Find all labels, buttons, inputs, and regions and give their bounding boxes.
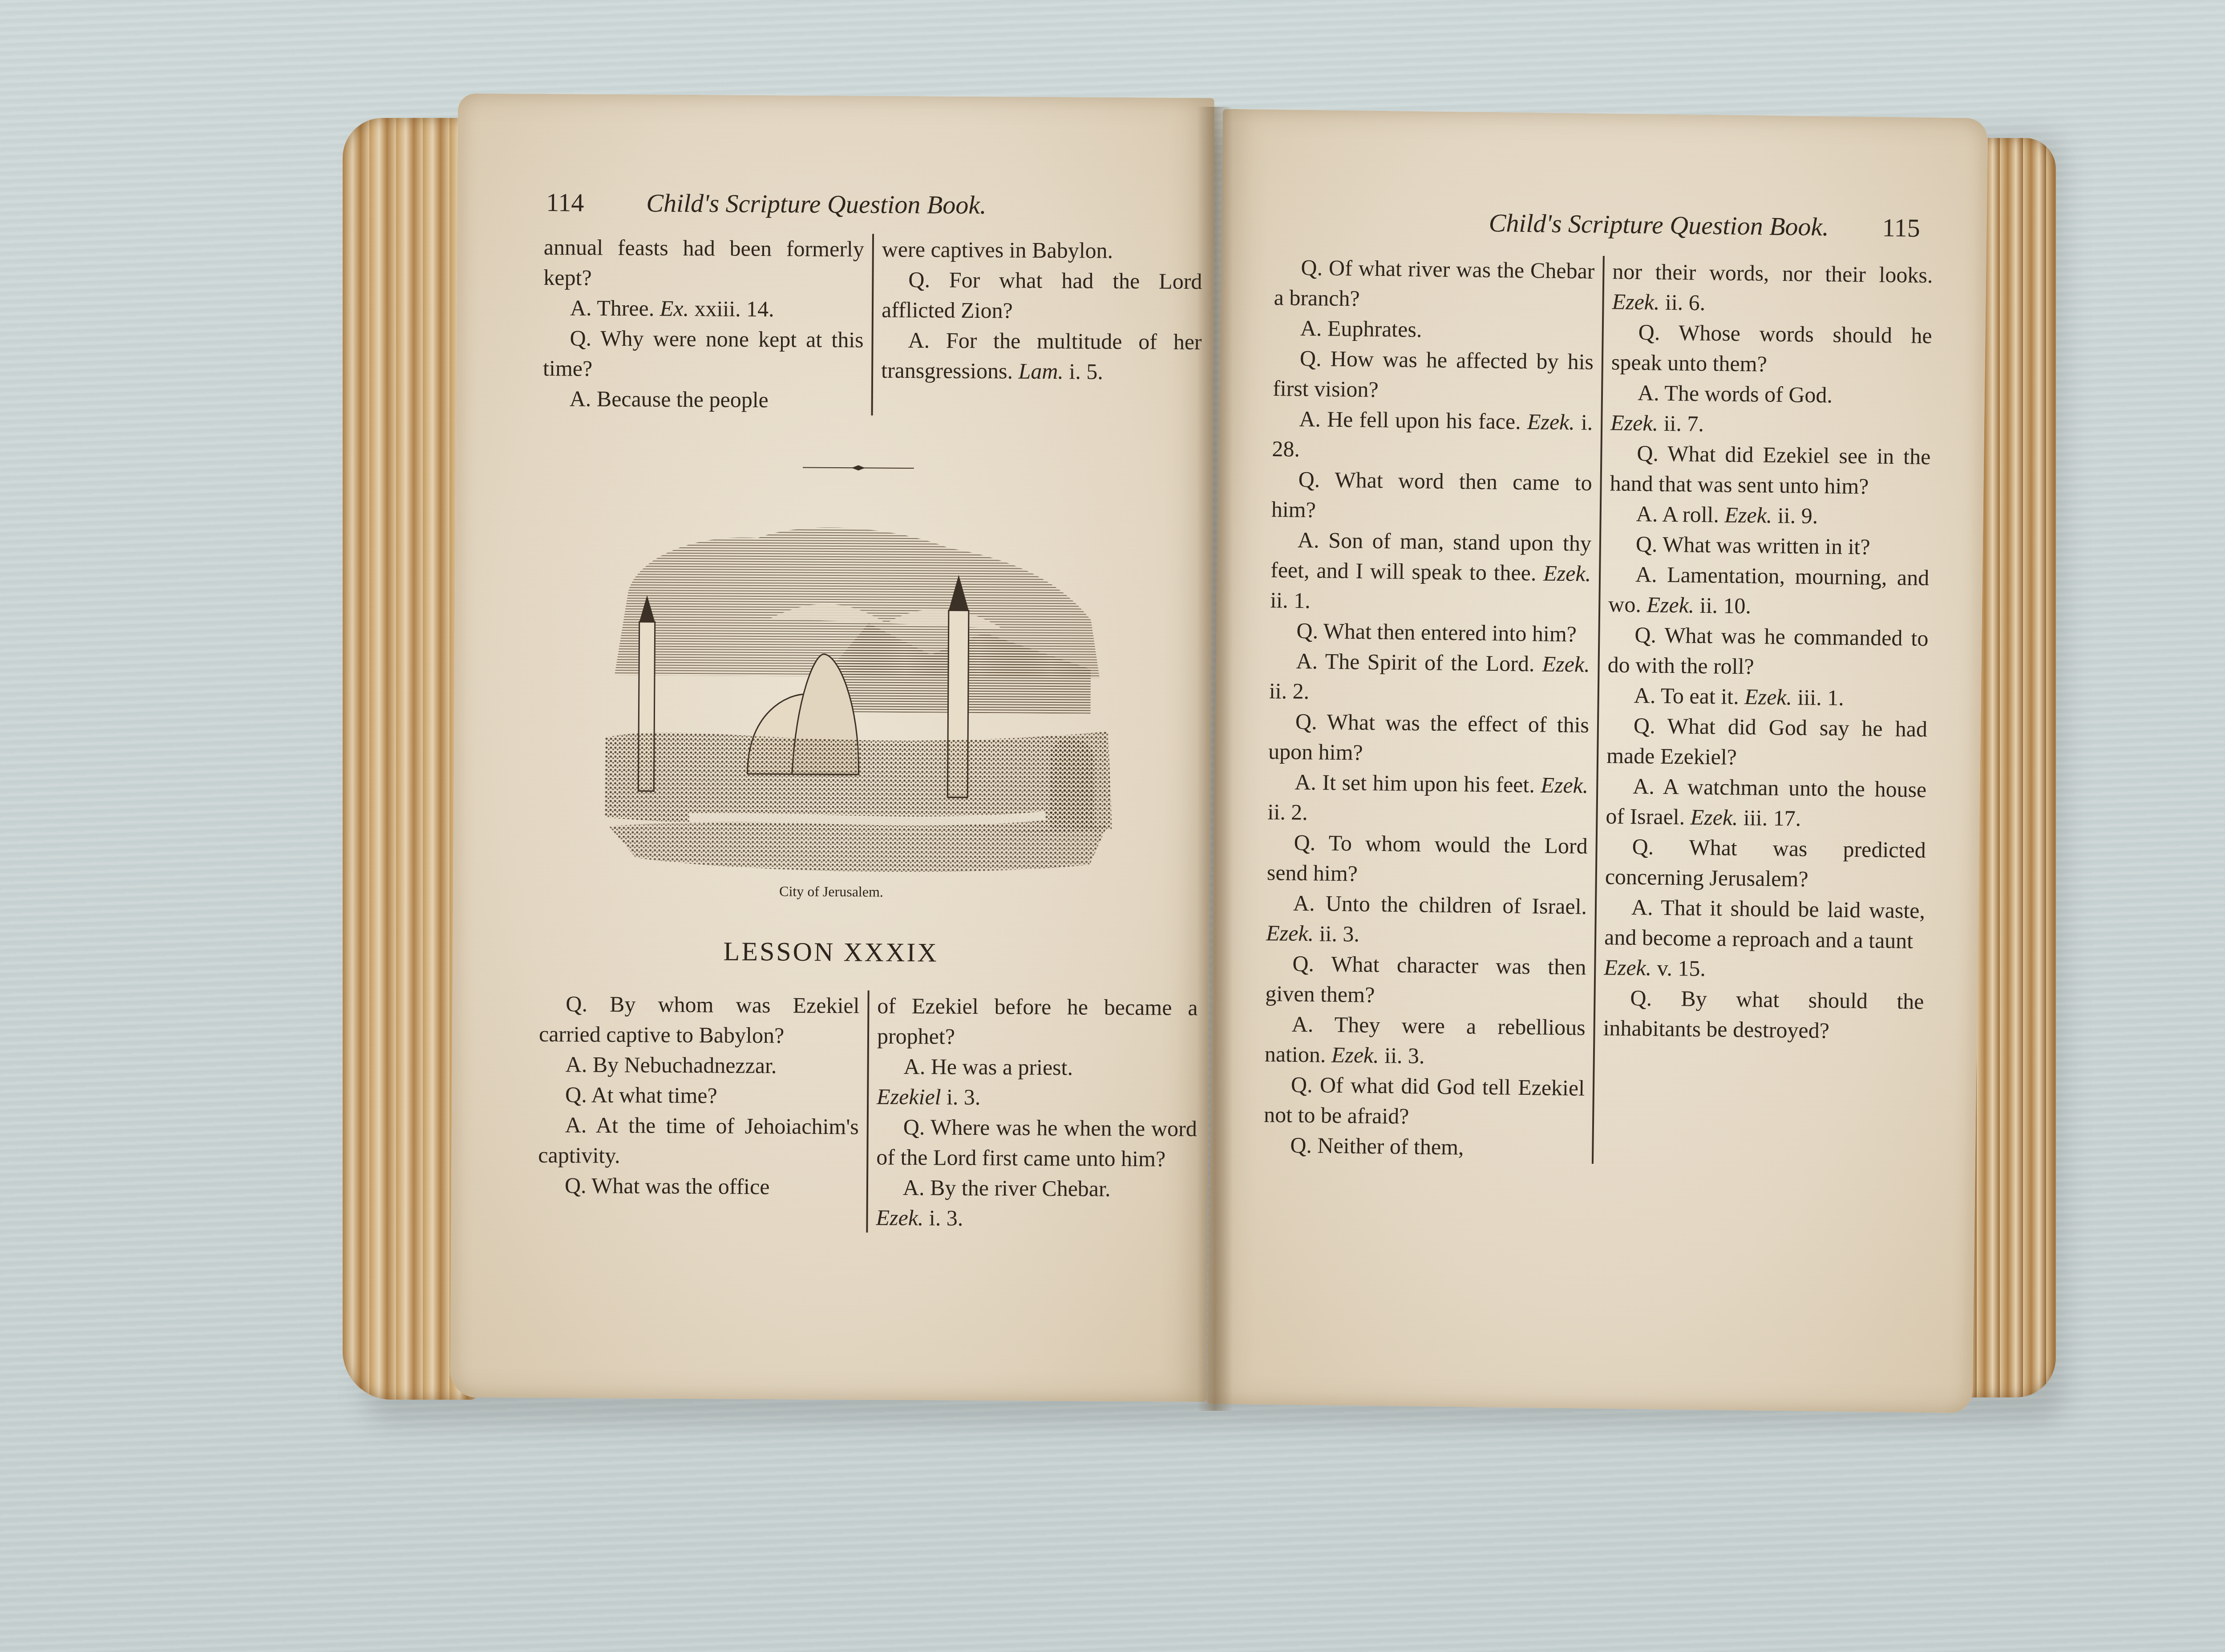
answer: A. To eat it. Ezek. iii. 1. <box>1607 680 1928 714</box>
question: Q. By whom was Ezekiel carried captive t… <box>539 988 860 1051</box>
answer: A. The words of God.Ezek. ii. 7. <box>1610 377 1932 441</box>
question: Q. What word then came to him? <box>1271 464 1592 528</box>
scripture-reference: Ezek. <box>1331 1042 1379 1068</box>
column: nor their words, nor their looks. Ezek. … <box>1594 256 1933 1168</box>
question: Q. For what had the Lord afflicted Zion? <box>882 264 1202 327</box>
answer: A. Three. Ex. xxiii. 14. <box>543 292 864 324</box>
question: Q. What then entered into him? <box>1270 615 1590 649</box>
answer: A. A roll. Ezek. ii. 9. <box>1609 498 1930 532</box>
answer: A. At the time of Jehoiachim's captivity… <box>538 1109 859 1172</box>
scripture-reference: Ezek. <box>1604 955 1652 980</box>
scripture-reference: Lam. <box>1018 359 1064 384</box>
answer: A. A watchman unto the house of Israel. … <box>1606 770 1927 835</box>
answer: A. That it should be laid waste, and bec… <box>1604 891 1925 986</box>
illustration-caption: City of Jerusalem. <box>453 881 1210 902</box>
scripture-reference: Ezek. <box>1527 409 1575 434</box>
answer: A. Because the people <box>543 383 863 415</box>
continued-text: were captives in Babylon. <box>882 234 1202 266</box>
lesson-title: LESSON XXXIX <box>453 935 1209 970</box>
scripture-reference: Ex. <box>660 296 689 321</box>
scripture-reference: Ezek. <box>1610 410 1659 435</box>
question: Q. By what should the inhabitants be des… <box>1603 982 1924 1047</box>
question: Q. What was the office <box>538 1170 858 1202</box>
continued-text: of Ezekiel before he became a prophet? <box>877 991 1198 1053</box>
left-page: 114 Child's Scripture Question Book. ann… <box>450 93 1214 1402</box>
answer: A. He fell upon his face. Ezek. i. 28. <box>1272 403 1593 468</box>
scripture-reference: Ezek. <box>1266 920 1314 946</box>
answer: A. The Spirit of the Lord. Ezek. ii. 2. <box>1269 645 1590 710</box>
answer: A. Euphrates. <box>1273 312 1594 347</box>
scripture-reference: Ezek. <box>1724 502 1772 527</box>
scripture-reference: Ezek. <box>1543 560 1591 586</box>
scripture-reference: Ezek. <box>1744 684 1792 709</box>
left-bottom-columns: Q. By whom was Ezekiel carried captive t… <box>538 988 1197 1235</box>
answer: A. They were a rebellious nation. Ezek. … <box>1264 1008 1586 1073</box>
answer: Q. Neither of them, <box>1263 1130 1584 1164</box>
column: Q. Of what river was the Chebar a branch… <box>1263 252 1605 1164</box>
right-columns: Q. Of what river was the Chebar a branch… <box>1263 252 1933 1168</box>
continued-text: annual feasts had been formerly kept? <box>543 232 864 294</box>
question: Q. How was he affected by his first visi… <box>1273 343 1594 407</box>
answer: A. He was a priest.Ezekiel i. 3. <box>877 1051 1197 1113</box>
question: Q. Of what did God tell Ezekiel not to b… <box>1264 1069 1585 1134</box>
scripture-reference: Ezekiel <box>877 1084 941 1109</box>
right-running-head: Child's Scripture Question Book. 115 <box>1489 208 1920 243</box>
question: Q. What was written in it? <box>1609 528 1930 563</box>
running-head-title: Child's Scripture Question Book. <box>1489 208 1829 242</box>
left-top-columns: annual feasts had been formerly kept?A. … <box>543 232 1202 417</box>
left-running-head: 114 Child's Scripture Question Book. <box>546 187 1004 220</box>
scripture-reference: Ezek. <box>1646 592 1695 617</box>
question: Q. At what time? <box>538 1079 859 1111</box>
question: Q. Whose words should he speak unto them… <box>1611 316 1933 381</box>
question: Q. Of what river was the Chebar a branch… <box>1274 252 1595 316</box>
city-engraving-illustration <box>600 506 1114 874</box>
answer: A. Lamentation, mourning, and wo. Ezek. … <box>1608 559 1930 623</box>
column: of Ezekiel before he became a prophet?A.… <box>868 991 1197 1235</box>
question: Q. To whom would the Lord send him? <box>1266 827 1588 891</box>
answer: A. By Nebuchadnezzar. <box>538 1049 859 1081</box>
question: Q. What was he commanded to do with the … <box>1607 619 1929 684</box>
answer: A. By the river Chebar.Ezek. i. 3. <box>876 1172 1197 1235</box>
continued-text: nor their words, nor their looks. Ezek. … <box>1612 256 1933 320</box>
answer: A. Son of man, stand upon thy feet, and … <box>1270 524 1591 619</box>
question: Q. Where was he when the word of the Lor… <box>876 1112 1197 1174</box>
answer: A. It set him upon his feet. Ezek. ii. 2… <box>1267 766 1589 831</box>
column: Q. By whom was Ezekiel carried captive t… <box>538 988 869 1233</box>
question: Q. What was predicted concerning Jerusal… <box>1605 831 1926 895</box>
question: Q. What did Ezekiel see in the hand that… <box>1610 437 1931 502</box>
column: were captives in Babylon.Q. For what had… <box>873 234 1202 418</box>
answer: A. For the multitude of her transgressio… <box>881 325 1202 387</box>
book-gutter <box>1197 107 1233 1411</box>
right-page: Child's Scripture Question Book. 115 Q. … <box>1207 109 1988 1413</box>
scripture-reference: Ezek. <box>1690 805 1738 830</box>
question: Q. What was the effect of this upon him? <box>1268 706 1590 770</box>
running-head-title: Child's Scripture Question Book. <box>646 188 987 220</box>
question: Q. Why were none kept at this time? <box>543 323 864 385</box>
question: Q. What character was then given them? <box>1265 948 1586 1012</box>
ornament-rule-icon <box>803 465 914 471</box>
page-number: 114 <box>546 187 584 218</box>
question: Q. What did God say he had made Ezekiel? <box>1606 710 1928 774</box>
answer: A. Unto the children of Israel. Ezek. ii… <box>1266 887 1587 952</box>
page-number: 115 <box>1882 213 1920 243</box>
scripture-reference: Ezek. <box>876 1205 923 1231</box>
scripture-reference: Ezek. <box>1541 772 1589 798</box>
scripture-reference: Ezek. <box>1542 651 1590 676</box>
scripture-reference: Ezek. <box>1612 289 1660 314</box>
column: annual feasts had been formerly kept?A. … <box>543 232 874 416</box>
